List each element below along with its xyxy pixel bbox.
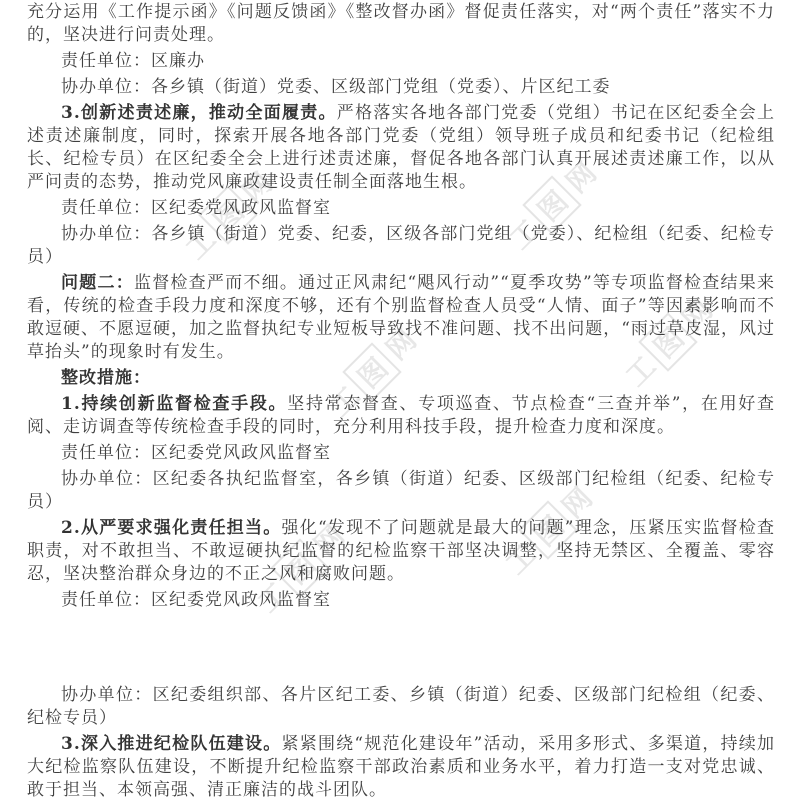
paragraph-lead: 1.持续创新监督检查手段。: [61, 394, 287, 414]
document-page: 工图网工图网工图网工图网工图网工图网 充分运用《工作提示函》《问题反馈函》《整改…: [0, 0, 800, 800]
paragraph-text: 充分运用《工作提示函》《问题反馈函》《整改督办函》督促责任落实，对“两个责任”落…: [27, 2, 775, 45]
paragraph-text: 责任单位：区纪委党风政风监督室: [61, 198, 331, 218]
paragraph: 责任单位：区纪委党风政风监督室: [27, 589, 775, 612]
paragraph-lead: 3.深入推进纪检队伍建设。: [61, 734, 281, 754]
paragraph-text: 责任单位：区廉办: [61, 51, 205, 71]
paragraph: 协办单位：各乡镇（街道）党委、纪委，区级各部门党组（党委）、纪检组（纪委、纪检专…: [27, 223, 775, 269]
paragraph-text: 协办单位：区纪委各执纪监督室，各乡镇（街道）纪委、区级部门纪检组（纪委、纪检专员…: [27, 469, 775, 512]
paragraph-text: 责任单位：区纪委党风政风监督室: [61, 443, 331, 463]
paragraph-lead: 整改措施：: [61, 368, 151, 388]
paragraph-text: 责任单位：区纪委党风政风监督室: [61, 590, 331, 610]
paragraph: 充分运用《工作提示函》《问题反馈函》《整改督办函》督促责任落实，对“两个责任”落…: [27, 1, 775, 47]
paragraph: 整改措施：: [27, 367, 775, 390]
paragraph: 1.持续创新监督检查手段。坚持常态督查、专项巡查、节点检查“三查并举”，在用好查…: [27, 393, 775, 439]
paragraph-text: 协办单位：各乡镇（街道）党委、区级部门党组（党委）、片区纪工委: [61, 77, 611, 97]
paragraph: 问题二：监督检查严而不细。通过正风肃纪“飓风行动”“夏季攻势”等专项监督检查结果…: [27, 272, 775, 364]
paragraph-text: 协办单位：各乡镇（街道）党委、纪委，区级各部门党组（党委）、纪检组（纪委、纪检专…: [27, 224, 775, 267]
paragraph: 责任单位：区纪委党风政风监督室: [27, 442, 775, 465]
paragraph-lead: 3.创新述责述廉，推动全面履责。: [61, 103, 337, 123]
page-gap: [27, 612, 775, 681]
document-body: 充分运用《工作提示函》《问题反馈函》《整改督办函》督促责任落实，对“两个责任”落…: [0, 0, 800, 800]
paragraph: 责任单位：区廉办: [27, 50, 775, 73]
paragraph: 3.创新述责述廉，推动全面履责。严格落实各地各部门党委（党组）书记在区纪委全会上…: [27, 102, 775, 194]
paragraph: 协办单位：各乡镇（街道）党委、区级部门党组（党委）、片区纪工委: [27, 76, 775, 99]
paragraph-lead: 问题二：: [61, 273, 134, 293]
paragraph: 协办单位：区纪委各执纪监督室，各乡镇（街道）纪委、区级部门纪检组（纪委、纪检专员…: [27, 468, 775, 514]
paragraph: 3.深入推进纪检队伍建设。紧紧围绕“规范化建设年”活动，采用多形式、多渠道，持续…: [27, 733, 775, 800]
paragraph-text: 协办单位：区纪委组织部、各片区纪工委、乡镇（街道）纪委、区级部门纪检组（纪委、纪…: [27, 685, 775, 728]
paragraph: 责任单位：区纪委党风政风监督室: [27, 197, 775, 220]
paragraph-text: 监督检查严而不细。通过正风肃纪“飓风行动”“夏季攻势”等专项监督检查结果来看，传…: [27, 273, 775, 362]
paragraph: 协办单位：区纪委组织部、各片区纪工委、乡镇（街道）纪委、区级部门纪检组（纪委、纪…: [27, 684, 775, 730]
paragraph-lead: 2.从严要求强化责任担当。: [61, 518, 281, 538]
paragraph: 2.从严要求强化责任担当。强化“发现不了问题就是最大的问题”理念，压紧压实监督检…: [27, 517, 775, 586]
